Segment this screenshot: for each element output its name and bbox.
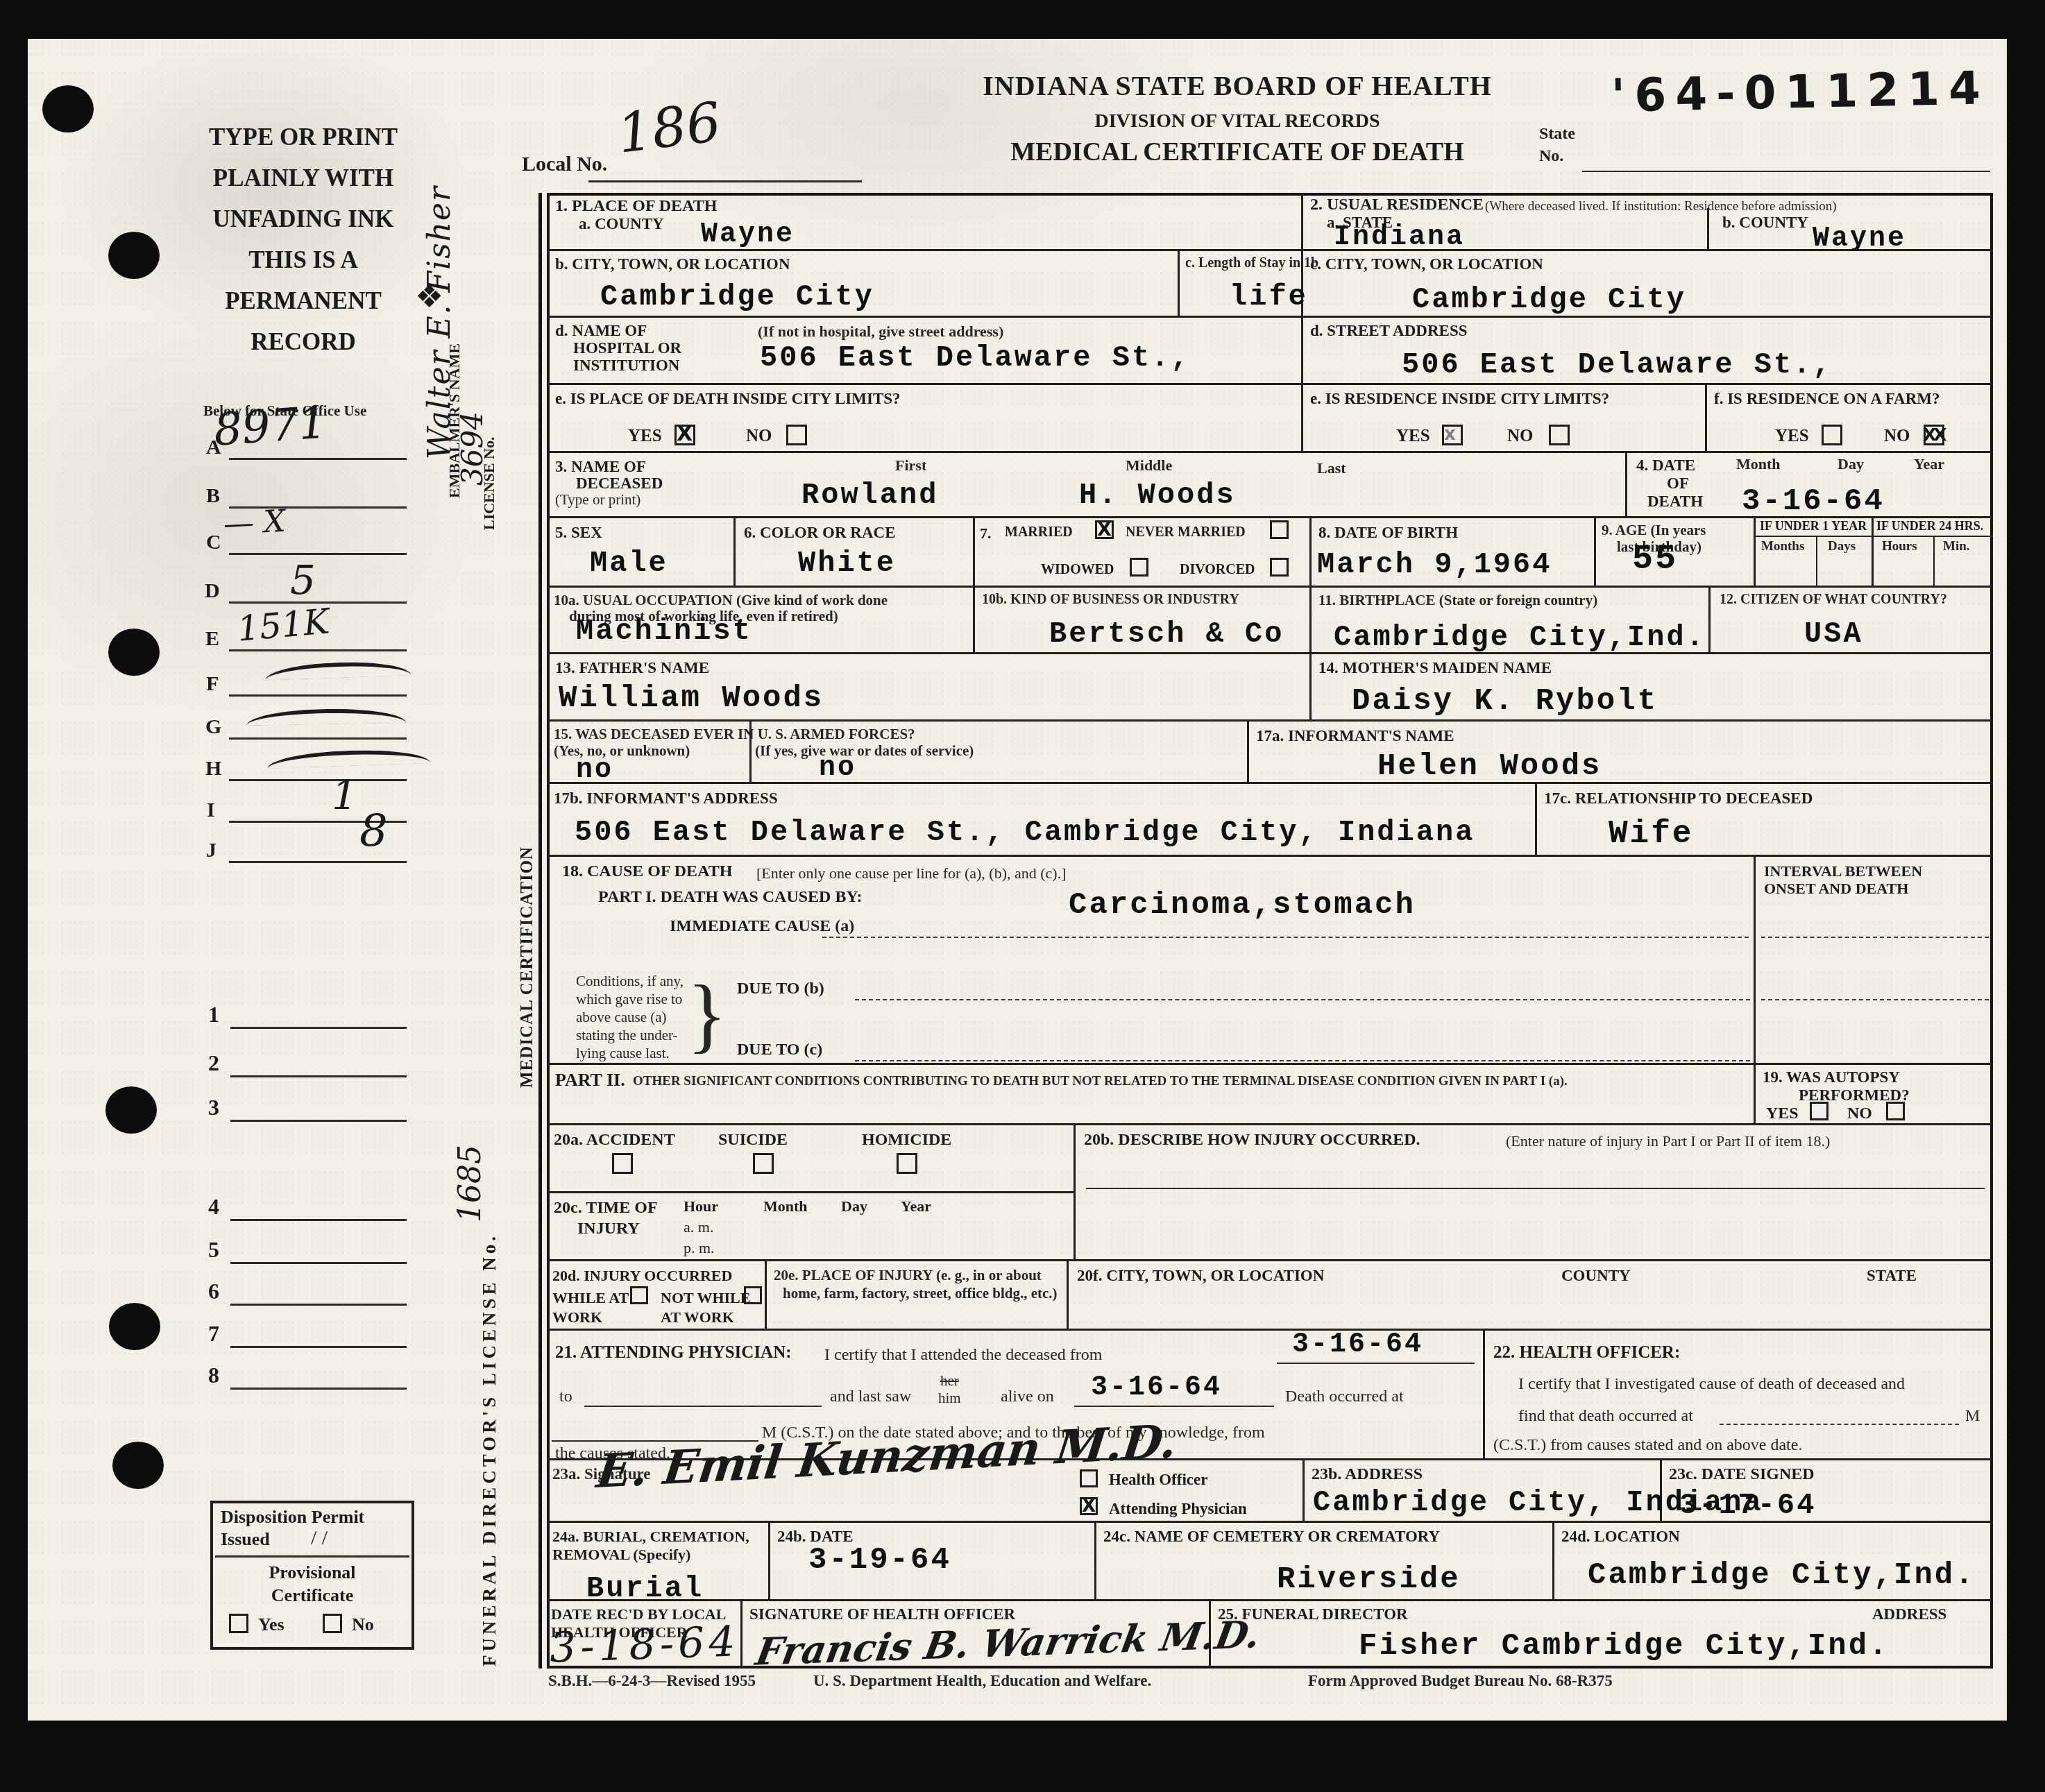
field-label: d. STREET ADDRESS	[1310, 322, 1468, 340]
handwritten-value: 5	[290, 556, 316, 604]
date-signed-value: 3-17-64	[1679, 1489, 1816, 1522]
attending-physician-label: 21. ATTENDING PHYSICIAN:	[555, 1343, 792, 1363]
month-header: Month	[763, 1197, 808, 1215]
local-no-value: 186	[614, 91, 724, 165]
pm-label: p. m.	[684, 1239, 715, 1257]
row-label: J	[206, 839, 217, 862]
attended-from-value: 3-16-64	[1292, 1329, 1423, 1360]
no-label: NO	[1884, 427, 1910, 446]
field-label: d. NAME OF	[555, 322, 647, 340]
suicide-label: SUICIDE	[718, 1131, 788, 1150]
field-label: 4. DATE	[1636, 456, 1695, 475]
informant-address-value: 506 East Delaware St., Cambridge City, I…	[575, 816, 1475, 849]
conditions-note: stating the under-	[576, 1027, 678, 1044]
no-label: NO	[1507, 427, 1534, 446]
armed-forces-value: no	[576, 755, 613, 786]
instruction-line: RECORD	[189, 321, 418, 362]
punch-hole	[105, 1086, 157, 1134]
ruled-line	[229, 861, 407, 863]
divider-line	[215, 1555, 409, 1558]
age-value: 55	[1632, 540, 1678, 579]
time-of-injury-label: 20c. TIME OF	[554, 1199, 658, 1218]
certify-text: I certify that I attended the deceased f…	[824, 1346, 1102, 1365]
race-value: White	[798, 547, 896, 580]
conditions-note: above cause (a)	[576, 1009, 667, 1026]
punch-hole	[108, 629, 160, 676]
conditions-note: which gave rise to	[576, 991, 682, 1008]
ruled-line	[229, 649, 407, 651]
column-header: Year	[1914, 455, 1944, 473]
part-i-label: PART I. DEATH WAS CAUSED BY:	[598, 888, 863, 907]
checkbox-suicide	[753, 1153, 774, 1174]
field-label: 17c. RELATIONSHIP TO DECEASED	[1544, 790, 1813, 808]
row-label: I	[207, 799, 215, 822]
funeral-director-value: Fisher Cambridge City,Ind.	[1359, 1629, 1890, 1664]
field-label: 12. CITIZEN OF WHAT COUNTRY?	[1720, 592, 1947, 608]
field-label: c. CITY, TOWN, OR LOCATION	[1310, 255, 1543, 273]
last-saw-text: and last saw	[830, 1388, 911, 1406]
field-label: DEATH	[1647, 493, 1703, 511]
checkbox-farm-no: XX	[1924, 425, 1944, 445]
checkbox-residence-in-city-yes: x	[1442, 425, 1463, 445]
ruled-line	[230, 1075, 407, 1077]
writing-line	[1761, 937, 1989, 938]
handwritten-value: 1	[332, 771, 357, 819]
checkbox-while-at-work	[630, 1286, 648, 1304]
checkbox-not-while-at-work	[744, 1286, 762, 1304]
year-header: Year	[901, 1197, 931, 1215]
column-header: Middle	[1126, 456, 1172, 475]
field-label: OF	[1667, 475, 1689, 493]
row-label: F	[206, 672, 219, 696]
injury-county-label: COUNTY	[1561, 1267, 1631, 1285]
last-saw-date-value: 3-16-64	[1091, 1372, 1222, 1403]
check-mark: X	[1082, 1496, 1096, 1517]
field-note: [Enter only one cause per line for (a), …	[756, 864, 1067, 882]
divorced-label: DIVORCED	[1180, 562, 1255, 578]
field-label: 8. DATE OF BIRTH	[1318, 524, 1458, 542]
field-label: e. IS PLACE OF DEATH INSIDE CITY LIMITS?	[555, 390, 901, 408]
injury-city-label: 20f. CITY, TOWN, OR LOCATION	[1077, 1267, 1324, 1285]
ruled-line	[230, 1219, 407, 1221]
checkbox-autopsy-no	[1886, 1102, 1905, 1120]
checkbox-attending-physician: X	[1080, 1497, 1098, 1515]
day-header: Day	[841, 1197, 867, 1215]
no-label: NO	[746, 427, 772, 446]
burial-date-value: 3-19-64	[808, 1543, 951, 1578]
field-label: 10b. KIND OF BUSINESS OR INDUSTRY	[982, 592, 1239, 608]
cemetery-value: Riverside	[1277, 1562, 1461, 1597]
widowed-label: WIDOWED	[1041, 562, 1114, 578]
punch-hole	[42, 85, 94, 133]
deceased-middle-last-name: H. Woods	[1079, 479, 1236, 512]
ruled-line	[1582, 171, 1990, 172]
field-label: 9. AGE (In years	[1602, 522, 1706, 539]
field-label: DECEASED	[576, 475, 663, 493]
am-label: a. m.	[684, 1218, 713, 1236]
writing-line	[584, 1406, 822, 1407]
checkbox-residence-in-city-no	[1549, 425, 1570, 445]
date-of-birth-value: March 9,1964	[1317, 548, 1552, 581]
row-label: 4	[208, 1194, 219, 1220]
interval-label: ONSET AND DEATH	[1764, 880, 1908, 898]
field-label: INSTITUTION	[573, 357, 679, 375]
divider-line	[1933, 536, 1935, 588]
division-title: DIVISION OF VITAL RECORDS	[949, 110, 1525, 133]
field-note: (Where deceased lived. If institution: R…	[1485, 199, 1837, 214]
row-label: 3	[208, 1095, 219, 1120]
punch-hole	[109, 1303, 160, 1350]
mother-name-value: Daisy K. Rybolt	[1352, 684, 1658, 719]
divider-line	[1816, 536, 1817, 588]
writing-line	[1074, 1406, 1274, 1407]
ruled-line	[229, 694, 407, 697]
funeral-director-license-label: FUNERAL DIRECTOR'S LICENSE No.	[479, 1233, 500, 1666]
to-label: to	[559, 1388, 572, 1406]
field-value: life	[1230, 280, 1308, 314]
field-label: 13. FATHER'S NAME	[555, 659, 709, 677]
health-officer-label: 22. HEALTH OFFICER:	[1493, 1343, 1680, 1363]
ruled-line	[229, 779, 407, 781]
instruction-line: THIS IS A	[189, 239, 418, 280]
check-mark: XX	[1923, 425, 1944, 445]
department-text: U. S. Department Health, Education and W…	[813, 1672, 1151, 1690]
instruction-line: UNFADING INK	[189, 198, 418, 239]
field-label: e. IS RESIDENCE INSIDE CITY LIMITS?	[1310, 390, 1609, 408]
married-label: MARRIED	[1005, 524, 1073, 540]
yes-label: Yes	[258, 1614, 285, 1635]
interval-label: INTERVAL BETWEEN	[1764, 862, 1922, 880]
occupation-value: Machinist	[576, 615, 752, 648]
investigated-text: I certify that I investigated cause of d…	[1518, 1375, 1905, 1394]
row-label: 8	[208, 1363, 219, 1388]
field-label: 10a. USUAL OCCUPATION (Give kind of work…	[554, 592, 888, 609]
checkbox-death-in-city-yes: X	[674, 425, 695, 445]
cause-of-death-value: Carcinoma,stomach	[1069, 888, 1416, 923]
field-note: (Yes, no, or unknown)	[554, 742, 690, 760]
field-value: 506 East Delaware St.,	[1402, 348, 1833, 382]
father-name-value: William Woods	[559, 681, 824, 716]
writing-line	[1720, 1424, 1959, 1425]
describe-injury-note: (Enter nature of injury in Part I or Par…	[1506, 1132, 1830, 1150]
row-label: 5	[208, 1237, 219, 1263]
ruled-line	[230, 1304, 407, 1306]
autopsy-label: 19. WAS AUTOPSY	[1763, 1068, 1900, 1086]
field-label: a. COUNTY	[579, 215, 664, 233]
cemetery-location-label: 24d. LOCATION	[1561, 1528, 1680, 1546]
agency-title: INDIANA STATE BOARD OF HEALTH	[949, 69, 1525, 102]
hours-header: Hours	[1882, 539, 1917, 554]
ruled-line	[588, 180, 862, 182]
certificate-label: Certificate	[221, 1585, 404, 1606]
handwritten-value: 8971	[212, 397, 329, 456]
punch-hole	[108, 232, 160, 279]
due-to-c-label: DUE TO (c)	[737, 1041, 822, 1059]
checkbox-never-married	[1270, 520, 1289, 539]
her-him-stack: her him	[938, 1372, 961, 1407]
row-label: 6	[208, 1279, 219, 1304]
cemetery-label: 24c. NAME OF CEMETERY OR CREMATORY	[1103, 1528, 1440, 1546]
field-label: 15. WAS DECEASED EVER IN U. S. ARMED FOR…	[554, 726, 915, 743]
days-header: Days	[1828, 539, 1856, 554]
due-to-b-label: DUE TO (b)	[737, 980, 824, 998]
no-label: No	[352, 1614, 374, 1635]
disposition-issued-label: Issued	[221, 1529, 270, 1550]
field-label: 3. NAME OF	[555, 458, 646, 476]
injury-state-label: STATE	[1867, 1267, 1917, 1285]
time-of-injury-label: INJURY	[577, 1220, 640, 1238]
field-label: c. Length of Stay in 1b	[1185, 255, 1318, 271]
work-label: WORK	[552, 1308, 602, 1326]
issued-slashes: / /	[311, 1526, 328, 1550]
budget-bureau-text: Form Approved Budget Bureau No. 68-R375	[1308, 1672, 1613, 1690]
m-label: M	[1965, 1407, 1980, 1426]
divider-line	[1756, 536, 1993, 537]
state-no-label: No.	[1539, 147, 1563, 166]
state-number-stamp: '64-011214	[1611, 61, 1989, 122]
provisional-no-checkbox	[323, 1614, 342, 1633]
writing-line	[1761, 999, 1989, 1000]
field-label: 7.	[980, 524, 992, 543]
checkbox-accident	[612, 1153, 633, 1174]
address-label: 23b. ADDRESS	[1312, 1465, 1423, 1484]
checkbox-death-in-city-no	[786, 425, 807, 445]
under-1-year-header: IF UNDER 1 YEAR	[1760, 519, 1867, 534]
medical-certification-label: MEDICAL CERTIFICATION	[518, 846, 537, 1088]
describe-injury-label: 20b. DESCRIBE HOW INJURY OCCURRED.	[1084, 1131, 1420, 1150]
place-of-injury-label: home, farm, factory, street, office bldg…	[783, 1285, 1058, 1302]
checkbox-homicide	[897, 1153, 917, 1174]
yes-label: YES	[1775, 427, 1809, 446]
instruction-line: PLAINLY WITH	[189, 157, 418, 198]
field-value: Cambridge City	[1412, 283, 1686, 316]
handwritten-value: — X	[223, 504, 287, 543]
check-mark: x	[1444, 424, 1456, 445]
field-label: 18. CAUSE OF DEATH	[562, 862, 732, 881]
part-ii-label: PART II.	[555, 1070, 625, 1091]
column-header: First	[895, 456, 926, 475]
field-value: Cambridge City	[600, 280, 874, 314]
writing-line	[855, 999, 1750, 1000]
field-note: (If yes, give war or dates of service)	[755, 742, 974, 760]
months-header: Months	[1761, 539, 1804, 554]
deceased-first-name: Rowland	[801, 479, 938, 512]
writing-line	[855, 1060, 1750, 1061]
part-ii-text: OTHER SIGNIFICANT CONDITIONS CONTRIBUTIN…	[633, 1074, 1568, 1089]
immediate-cause-label: IMMEDIATE CAUSE (a)	[670, 917, 854, 936]
field-label: f. IS RESIDENCE ON A FARM?	[1714, 390, 1940, 408]
row-label: 1	[208, 1002, 219, 1027]
handwritten-value: 151K	[236, 601, 331, 649]
disposition-title: Disposition Permit	[221, 1507, 364, 1528]
min-header: Min.	[1943, 539, 1970, 554]
ruled-line	[230, 1027, 407, 1029]
conditions-note: Conditions, if any,	[576, 973, 684, 990]
death-occurred-text: Death occurred at	[1285, 1388, 1404, 1406]
her-label: her	[938, 1372, 961, 1390]
accident-label: 20a. ACCIDENT	[554, 1131, 675, 1150]
checkbox-widowed	[1130, 558, 1148, 577]
ruled-line	[229, 553, 407, 555]
instruction-line: TYPE OR PRINT	[189, 117, 418, 157]
check-mark: X	[677, 422, 693, 446]
date-recd-value: 3-18-64	[549, 1617, 740, 1672]
ruled-line	[230, 1262, 407, 1264]
at-work-label: AT WORK	[661, 1308, 734, 1326]
check-mark: X	[1097, 519, 1112, 540]
yes-label: YES	[1766, 1104, 1799, 1123]
checkbox-married: X	[1095, 520, 1114, 539]
column-header: Day	[1838, 455, 1864, 473]
field-note: (Type or print)	[555, 491, 640, 509]
date-of-death-value: 3-16-64	[1742, 484, 1885, 519]
row-label: B	[206, 484, 220, 508]
burial-label: 24a. BURIAL, CREMATION,	[552, 1528, 749, 1546]
field-label: 6. COLOR OR RACE	[744, 524, 896, 542]
checkbox-divorced	[1270, 558, 1289, 577]
citizen-value: USA	[1804, 617, 1863, 651]
health-officer-signature-label: SIGNATURE OF HEALTH OFFICER	[749, 1605, 1015, 1623]
fold-line	[538, 193, 542, 1669]
brace-glyph: }	[687, 970, 727, 1060]
burial-specify-label: REMOVAL (Specify)	[552, 1546, 690, 1564]
certificate-title: MEDICAL CERTIFICATE OF DEATH	[949, 137, 1525, 167]
field-value: Indiana	[1334, 222, 1465, 253]
attending-physician-checkbox-label: Attending Physician	[1109, 1500, 1247, 1518]
ruled-line	[230, 1346, 407, 1348]
injury-occurred-label: 20d. INJURY OCCURRED	[552, 1267, 732, 1285]
writing-line	[1086, 1188, 1985, 1189]
field-label: 2. USUAL RESIDENCE	[1310, 196, 1484, 214]
row-label: G	[205, 715, 221, 739]
date-signed-label: 23c. DATE SIGNED	[1669, 1465, 1815, 1484]
not-while-label: NOT WHILE	[661, 1289, 750, 1307]
field-label: 1. PLACE OF DEATH	[555, 197, 717, 216]
row-label: H	[205, 757, 221, 780]
divider-line	[1707, 208, 1709, 251]
funeral-director-address-label: ADDRESS	[1872, 1605, 1946, 1623]
under-24-hrs-header: IF UNDER 24 HRS.	[1876, 519, 1983, 534]
column-header: Month	[1736, 455, 1781, 473]
field-label: b. COUNTY	[1722, 214, 1808, 232]
conditions-note: lying cause last.	[576, 1045, 670, 1062]
place-of-injury-label: 20e. PLACE OF INJURY (e. g., in or about	[774, 1267, 1042, 1284]
death-occurred-at-text: find that death occurred at	[1518, 1407, 1693, 1426]
field-note: (If not in hospital, give street address…	[758, 323, 1003, 341]
provisional-yes-checkbox	[229, 1614, 248, 1633]
informant-name-value: Helen Woods	[1377, 749, 1602, 784]
armed-forces-war-value: no	[819, 753, 856, 784]
him-label: him	[938, 1390, 961, 1407]
relationship-value: Wife	[1609, 816, 1693, 852]
field-value: Wayne	[1813, 223, 1906, 255]
row-label: 2	[208, 1050, 219, 1076]
funeral-director-license-value: 1685	[452, 1145, 488, 1222]
punch-hole	[112, 1442, 164, 1489]
form-number: S.B.H.—6-24-3—Revised 1955	[548, 1672, 756, 1690]
scanned-death-certificate: TYPE OR PRINT PLAINLY WITH UNFADING INK …	[0, 0, 2045, 1792]
instructions-block: TYPE OR PRINT PLAINLY WITH UNFADING INK …	[189, 117, 418, 362]
local-no-label: Local No.	[522, 153, 607, 176]
row-label: E	[205, 627, 219, 651]
field-label: HOSPITAL OR	[573, 339, 681, 357]
burial-value: Burial	[586, 1572, 704, 1605]
row-label: C	[206, 531, 221, 554]
sex-value: Male	[590, 547, 668, 580]
hour-header: Hour	[684, 1197, 718, 1215]
writing-line	[822, 937, 1749, 938]
field-label: b. CITY, TOWN, OR LOCATION	[555, 255, 790, 273]
field-label: 11. BIRTHPLACE (State or foreign country…	[1318, 592, 1597, 609]
yes-label: YES	[628, 427, 662, 446]
health-officer-checkbox-label: Health Officer	[1109, 1471, 1207, 1489]
field-label: 14. MOTHER'S MAIDEN NAME	[1318, 659, 1552, 677]
yes-label: YES	[1396, 427, 1430, 446]
ruled-line	[230, 1120, 407, 1122]
checkbox-farm-yes	[1822, 425, 1842, 445]
handwritten-value: 8	[359, 806, 388, 857]
column-header: Last	[1317, 459, 1346, 477]
cemetery-location-value: Cambridge City,Ind.	[1588, 1558, 1976, 1593]
ruled-line	[229, 458, 407, 460]
never-married-label: NEVER MARRIED	[1126, 524, 1246, 540]
field-label: 17a. INFORMANT'S NAME	[1256, 727, 1454, 745]
state-label: State	[1539, 125, 1575, 144]
row-label: 7	[208, 1321, 219, 1347]
ruled-line	[230, 1388, 407, 1390]
homicide-label: HOMICIDE	[862, 1131, 951, 1150]
birthplace-value: Cambridge City,Ind.	[1334, 621, 1706, 654]
while-at-label: WHILE AT	[552, 1289, 629, 1307]
no-label: NO	[1847, 1104, 1872, 1123]
instruction-line: PERMANENT	[189, 280, 418, 321]
row-label: D	[205, 579, 220, 603]
field-label: 5. SEX	[555, 524, 602, 542]
field-value: 506 East Delaware St.,	[760, 341, 1191, 375]
cst-causes-text: (C.S.T.) from causes stated and on above…	[1493, 1436, 1802, 1455]
field-label: 17b. INFORMANT'S ADDRESS	[554, 790, 778, 808]
checkbox-autopsy-yes	[1810, 1102, 1828, 1120]
writing-line	[1277, 1363, 1475, 1364]
embalmer-license-label: LICENSE No.	[480, 437, 498, 530]
field-value: Wayne	[701, 219, 795, 250]
ruled-line	[229, 737, 407, 740]
alive-on-text: alive on	[1001, 1388, 1054, 1406]
provisional-label: Provisional	[221, 1562, 404, 1583]
industry-value: Bertsch & Co	[1049, 617, 1284, 651]
form-header: INDIANA STATE BOARD OF HEALTH DIVISION O…	[949, 69, 1525, 167]
